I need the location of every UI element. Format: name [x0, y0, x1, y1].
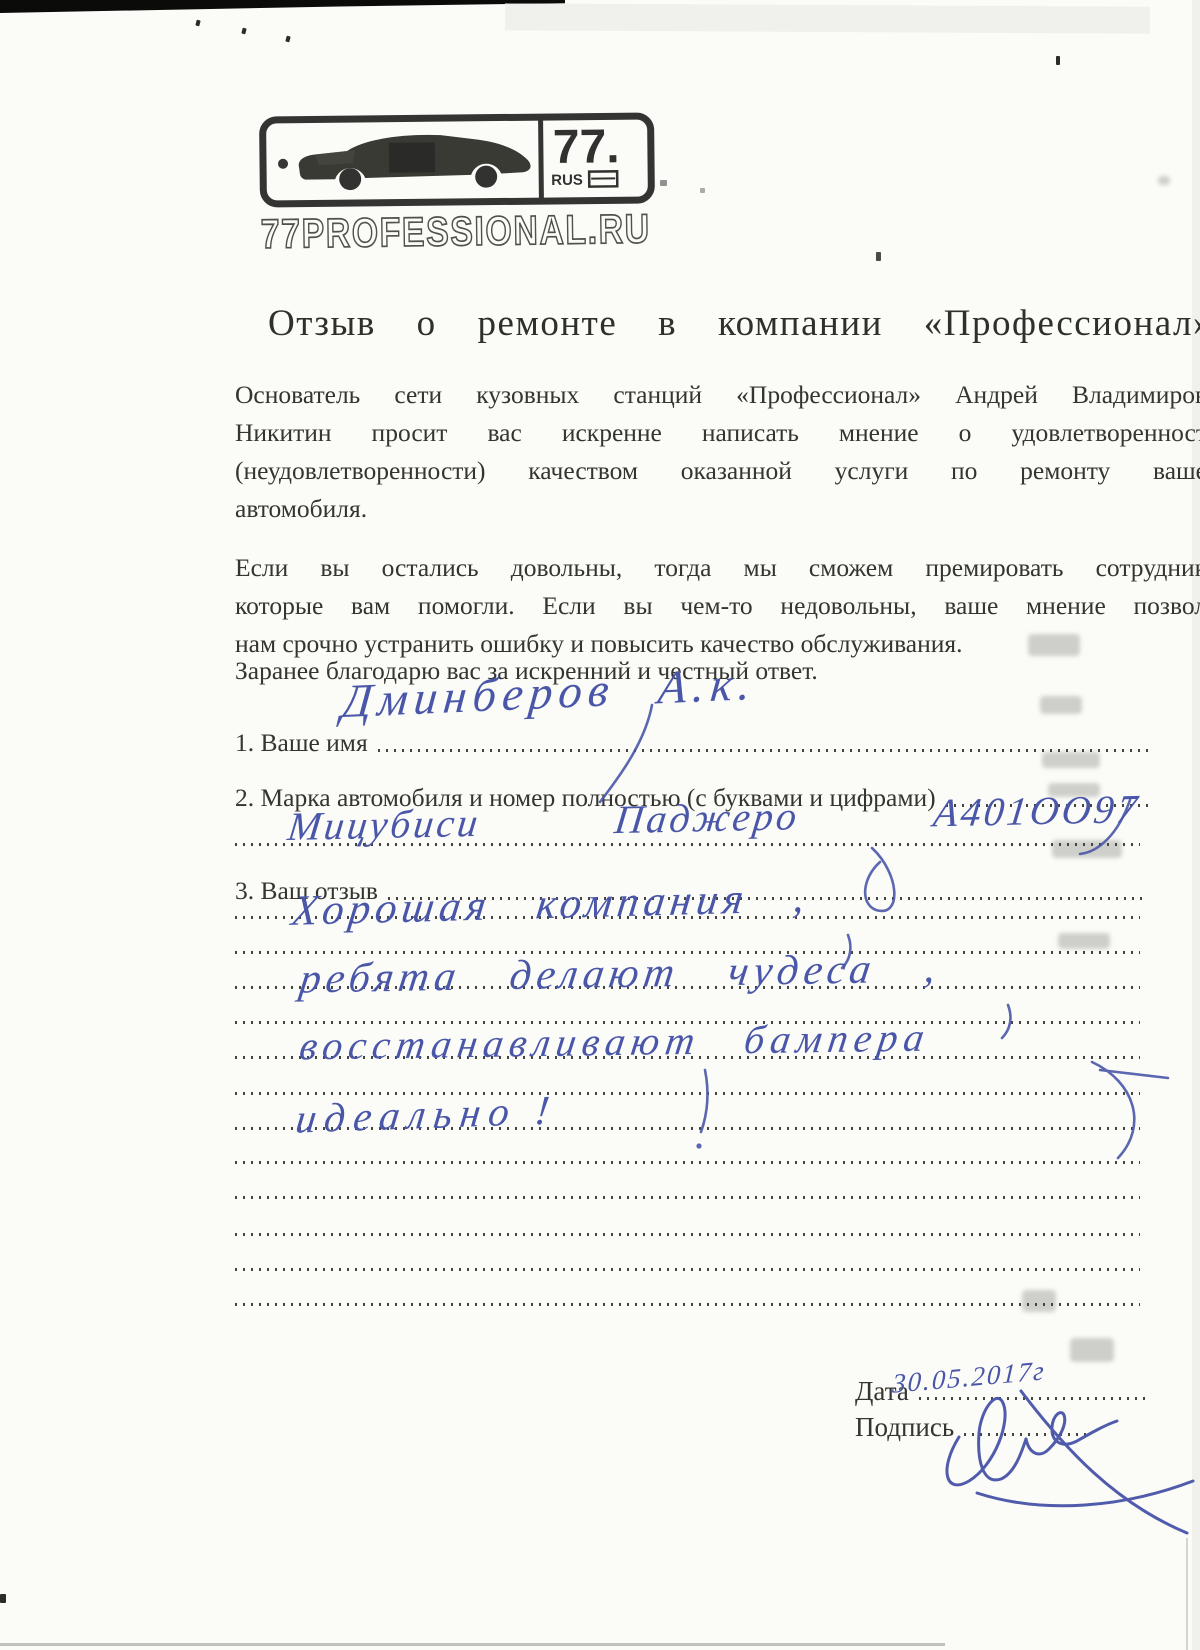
bleed-artifact [1158, 176, 1170, 185]
scanned-feedback-form: { "logo": { "plate_number": "77.", "plat… [0, 0, 1200, 1650]
bleed-artifact [1022, 1290, 1056, 1312]
answer-dotted-line [378, 749, 1148, 752]
intro-line: Если вы остались довольны, тогда мы смож… [235, 549, 1200, 587]
bleed-artifact [1058, 933, 1110, 949]
scan-edge-bottom-line [0, 1643, 945, 1646]
answer-dotted-line [235, 1268, 1140, 1271]
answer-dotted-line [235, 1233, 1140, 1236]
intro-line: автомобиля. [235, 490, 1200, 528]
intro-paragraph-1: Основатель сети кузовных станций «Профес… [235, 376, 1200, 528]
car-silhouette-icon [298, 134, 530, 191]
handwritten-plate-number: А401ОО97 [931, 785, 1143, 836]
scan-speck [1056, 56, 1060, 65]
bleed-artifact [1040, 696, 1082, 714]
page-title: Отзыв о ремонте в компании «Профессионал… [268, 302, 1200, 345]
intro-line: Никитин просит вас искренне написать мне… [235, 414, 1200, 452]
site-stamp-text: 77PROFESSIONAL.RU [260, 206, 651, 257]
company-logo: 77. RUS 77PROFESSIONAL.RU [255, 110, 665, 260]
handwritten-review-line-4: идеально ! [293, 1085, 560, 1142]
answer-dotted-line [235, 1161, 1140, 1164]
scan-speck [700, 188, 705, 193]
question-1-label: 1. Ваше имя [235, 728, 368, 758]
handwritten-car-make: Мицубиси [285, 799, 483, 850]
handwritten-signature [925, 1385, 1200, 1545]
plate-region-text: RUS [551, 172, 583, 189]
plate-number-text: 77. [553, 120, 620, 174]
intro-line: которые вам помогли. Если вы чем-то недо… [235, 587, 1200, 625]
scan-edge-right-line [1186, 1538, 1188, 1650]
handwritten-review-line-2: ребята делают чудеса , [297, 944, 944, 1003]
scan-speck [0, 1594, 6, 1603]
question-1-row: 1. Ваше имя [235, 728, 1148, 758]
intro-line: Основатель сети кузовных станций «Профес… [235, 376, 1200, 414]
scan-edge-gray-band [505, 3, 1150, 33]
scan-edge-top-wedge [0, 0, 565, 13]
answer-dotted-line [235, 1303, 1140, 1306]
bleed-artifact [1070, 1338, 1114, 1362]
intro-line: (неудовлетворенности) качеством оказанно… [235, 452, 1200, 490]
plate-bolt [278, 159, 288, 169]
handwritten-review-line-3: восстанавливают бампера [297, 1014, 934, 1070]
scan-speck [241, 28, 246, 35]
scan-speck [285, 36, 290, 43]
scan-speck [195, 20, 200, 27]
intro-paragraph-2: Если вы остались довольны, тогда мы смож… [235, 549, 1200, 663]
handwritten-car-model: Паджеро [612, 792, 802, 843]
scan-speck [876, 252, 881, 261]
answer-dotted-line [235, 1196, 1140, 1199]
license-plate: 77. RUS [263, 116, 652, 204]
